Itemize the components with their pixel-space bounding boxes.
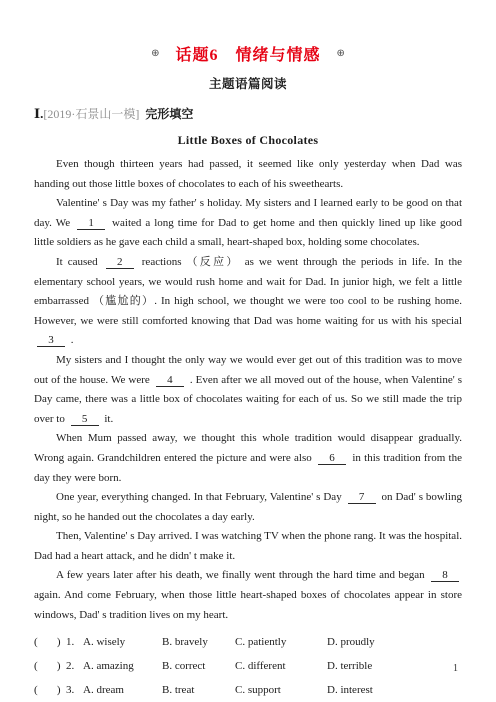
exercise-heading: Ⅰ.[2019·石景山一模] 完形填空: [34, 105, 462, 122]
option-C: C. different: [235, 654, 327, 678]
cloze-blank-2: 2: [106, 256, 134, 269]
cloze-blank-5: 5: [71, 413, 99, 426]
cloze-blank-6: 6: [318, 452, 346, 465]
cloze-blank-8: 8: [431, 569, 459, 582]
page-number: 1: [453, 663, 458, 674]
topic-title: 话题6 情绪与情感: [175, 42, 320, 65]
exercise-source-tag: [2019·石景山一模]: [43, 107, 139, 121]
question-number: 1.: [66, 630, 83, 654]
question-row-2: ( )2.A. amazingB. correctC. differentD. …: [34, 654, 462, 678]
option-C: C. support: [235, 678, 327, 702]
question-number: 2.: [66, 654, 83, 678]
passage-paragraph: A few years later after his death, we fi…: [34, 566, 462, 625]
passage-paragraph: One year, everything changed. In that Fe…: [34, 488, 462, 527]
answer-bracket: ( ): [34, 630, 66, 654]
passage-paragraph: Then, Valentine' s Day arrived. I was wa…: [34, 527, 462, 566]
option-D: D. proudly: [327, 630, 462, 654]
passage-paragraph: Valentine' s Day was my father' s holida…: [34, 194, 462, 253]
question-number: 3.: [66, 678, 83, 702]
option-A: A. wisely: [83, 630, 162, 654]
question-list: ( )1.A. wiselyB. bravelyC. patientlyD. p…: [34, 630, 462, 702]
option-B: B. bravely: [162, 630, 235, 654]
circled-plus-icon-left: ⊕: [151, 48, 159, 59]
option-C: C. patiently: [235, 630, 327, 654]
option-D: D. terrible: [327, 654, 462, 678]
passage-title: Little Boxes of Chocolates: [34, 133, 462, 148]
section-subtitle: 主题语篇阅读: [34, 74, 462, 92]
passage-paragraph: It caused 2 reactions （反应） as we went th…: [34, 253, 462, 351]
worksheet-page: ⊕ 话题6 情绪与情感 ⊕ 主题语篇阅读 Ⅰ.[2019·石景山一模] 完形填空…: [0, 0, 496, 702]
passage-paragraph: When Mum passed away, we thought this wh…: [34, 429, 462, 488]
circled-plus-icon-right: ⊕: [337, 48, 345, 59]
cloze-blank-1: 1: [77, 217, 105, 230]
question-row-3: ( )3.A. dreamB. treatC. supportD. intere…: [34, 678, 462, 702]
page-header: ⊕ 话题6 情绪与情感 ⊕: [34, 42, 462, 65]
passage-paragraph: My sisters and I thought the only way we…: [34, 351, 462, 429]
answer-bracket: ( ): [34, 678, 66, 702]
cloze-blank-3: 3: [37, 334, 65, 347]
exercise-type-label: 完形填空: [145, 107, 193, 121]
option-B: B. correct: [162, 654, 235, 678]
option-A: A. dream: [83, 678, 162, 702]
option-A: A. amazing: [83, 654, 162, 678]
passage-body: Even though thirteen years had passed, i…: [34, 155, 462, 625]
cloze-blank-7: 7: [348, 491, 376, 504]
passage-paragraph: Even though thirteen years had passed, i…: [34, 155, 462, 194]
option-B: B. treat: [162, 678, 235, 702]
answer-bracket: ( ): [34, 654, 66, 678]
question-row-1: ( )1.A. wiselyB. bravelyC. patientlyD. p…: [34, 630, 462, 654]
cloze-blank-4: 4: [156, 374, 184, 387]
option-D: D. interest: [327, 678, 462, 702]
exercise-numeral: Ⅰ.: [34, 106, 43, 121]
